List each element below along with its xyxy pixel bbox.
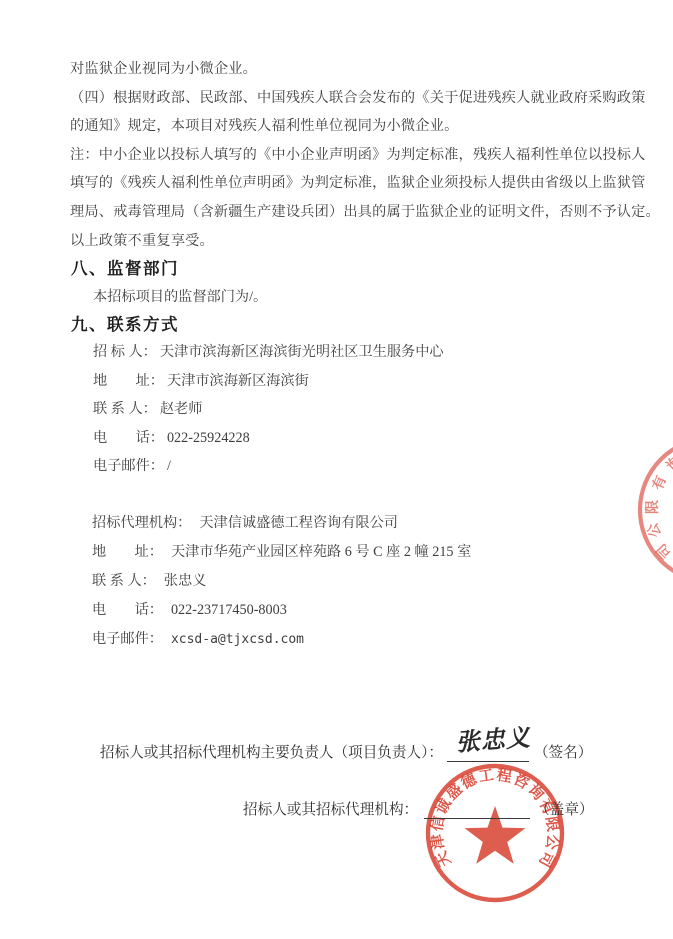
row-value: 天津市滨海新区海滨街 (167, 370, 309, 390)
tenderer-row: 招 标 人： 天津市滨海新区海滨街光明社区卫生服务中心 (93, 341, 444, 370)
document-page: 对监狱企业视同为小微企业。 （四）根据财政部、民政部、中国残疾人联合会发布的《关… (0, 0, 673, 939)
row-value: 赵老师 (160, 398, 203, 418)
edge-seal-char: 公 (644, 520, 664, 540)
intro-line: 理局、戒毒管理局（含新疆生产建设兵团）出具的属于监狱企业的证明文件，否则不予认定… (70, 198, 606, 227)
agency-row: 电子邮件： xcsd-a@tjxcsd.com (92, 628, 471, 657)
row-label: 电子邮件： (93, 455, 164, 475)
row-value: 张忠义 (164, 570, 207, 590)
section-heading-contact: 九、联系方式 (71, 311, 179, 335)
row-label: 电 话： (93, 427, 164, 447)
section-heading-supervision: 八、监督部门 (71, 255, 179, 279)
row-value: 022-25924228 (167, 430, 250, 447)
company-seal-stamp: 天津信诚盛德工程咨询有限公司 (422, 761, 568, 907)
row-label: 招标代理机构： (92, 512, 191, 532)
row-label: 联 系 人： (93, 398, 157, 418)
agency-row: 地 址： 天津市华苑产业园区梓苑路 6 号 C 座 2 幢 215 室 (92, 541, 471, 570)
row-label: 联 系 人： (92, 570, 156, 590)
row-label: 地 址： (92, 541, 163, 561)
agency-row: 电 话： 022-23717450-8003 (92, 599, 471, 628)
row-label: 电子邮件： (92, 628, 163, 648)
signature-suffix: （签名） (534, 741, 592, 762)
seal-underline (424, 801, 530, 819)
intro-line: 的通知》规定，本项目对残疾人福利性单位视同为小微企业。 (70, 112, 606, 141)
org-label: 招标人或其招标代理机构： (243, 798, 418, 819)
intro-line: 对监狱企业视同为小微企业。 (70, 55, 606, 84)
intro-line: 注：中小企业以投标人填写的《中小企业声明函》为判定标准，残疾人福利性单位以投标人 (70, 141, 606, 170)
edge-seal-char: 限 (644, 500, 661, 514)
intro-line: （四）根据财政部、民政部、中国残疾人联合会发布的《关于促进残疾人就业政府采购政策 (70, 84, 606, 113)
org-sign-line: 招标人或其招标代理机构：（盖章） (243, 798, 594, 819)
row-label: 招 标 人： (93, 341, 157, 361)
tenderer-row: 电 话： 022-25924228 (93, 427, 444, 456)
edge-seal-char: 司 (653, 540, 673, 562)
row-value: 天津市华苑产业园区梓苑路 6 号 C 座 2 幢 215 室 (171, 541, 471, 561)
intro-line: 以上政策不重复享受。 (70, 227, 606, 256)
edge-seal-char: 有 (649, 473, 670, 492)
tenderer-row: 地 址： 天津市滨海新区海滨街 (93, 370, 444, 399)
intro-line: 填写的《残疾人福利性单位声明函》为判定标准，监狱企业须投标人提供由省级以上监狱管 (70, 169, 606, 198)
tenderer-row: 联 系 人： 赵老师 (93, 398, 444, 427)
supervision-body: 本招标项目的监督部门为/。 (93, 286, 267, 306)
tenderer-row: 电子邮件： / (93, 455, 444, 484)
agency-row: 招标代理机构： 天津信诚盛德工程咨询有限公司 (92, 512, 471, 541)
tenderer-contact-block: 招 标 人： 天津市滨海新区海滨街光明社区卫生服务中心 地 址： 天津市滨海新区… (93, 341, 444, 484)
principal-label: 招标人或其招标代理机构主要负责人（项目负责人）： (100, 741, 443, 762)
row-value: 022-23717450-8003 (171, 602, 287, 619)
row-value: / (167, 458, 171, 475)
agency-contact-block: 招标代理机构： 天津信诚盛德工程咨询有限公司 地 址： 天津市华苑产业园区梓苑路… (92, 512, 471, 657)
row-label: 电 话： (92, 599, 163, 619)
intro-paragraph: 对监狱企业视同为小微企业。 （四）根据财政部、民政部、中国残疾人联合会发布的《关… (70, 55, 606, 255)
agency-row: 联 系 人： 张忠义 (92, 570, 471, 599)
seal-suffix: （盖章） (535, 798, 593, 819)
row-value: 天津信诚盛德工程咨询有限公司 (199, 512, 398, 532)
edge-partial-seal-stamp: 询 有 限 公 司 (617, 445, 673, 635)
row-value-email: xcsd-a@tjxcsd.com (171, 632, 304, 647)
row-value: 天津市滨海新区海滨街光明社区卫生服务中心 (160, 341, 444, 361)
handwritten-signature: 张忠义 (447, 717, 539, 758)
row-label: 地 址： (93, 370, 164, 390)
